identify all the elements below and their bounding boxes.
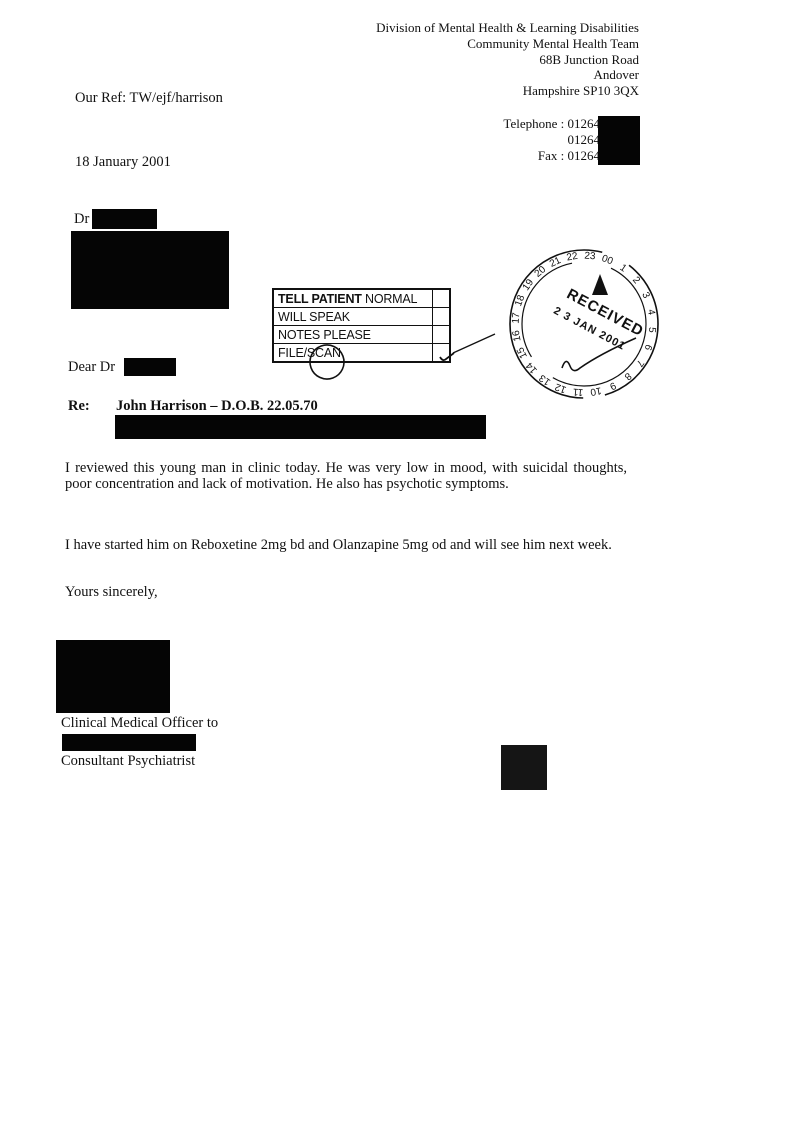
fax-number: 01264 — [568, 148, 601, 163]
dial-number: 14 — [524, 359, 540, 375]
fax-line: Fax : 01264 — [470, 148, 600, 164]
salutation: Dear Dr — [68, 359, 115, 376]
dial-number: 3 — [639, 291, 652, 301]
sender-address: Division of Mental Health & Learning Dis… — [376, 20, 639, 99]
redaction-recipient-address — [71, 231, 229, 309]
action-row: FILE/SCAN — [273, 344, 450, 363]
arrow-up-icon — [592, 274, 608, 295]
action-row: TELL PATIENT NORMAL — [273, 289, 450, 308]
address-line: 68B Junction Road — [376, 52, 639, 68]
action-row: NOTES PLEASE — [273, 326, 450, 344]
recipient-title: Dr — [74, 211, 89, 228]
address-line: Hampshire SP10 3QX — [376, 83, 639, 99]
dial-number: 22 — [566, 251, 579, 264]
connector-line — [453, 334, 495, 353]
initials-scribble — [562, 338, 636, 371]
letter-date: 18 January 2001 — [75, 154, 171, 171]
redaction-patient-details — [115, 415, 486, 439]
dial-number: 16 — [511, 329, 524, 342]
closing: Yours sincerely, — [65, 584, 158, 601]
redaction-phone-numbers — [598, 116, 640, 165]
telephone-1: 01264 — [568, 116, 601, 131]
action-label: NOTES PLEASE — [273, 326, 433, 344]
dial-number: 23 — [584, 250, 596, 262]
signatory-title: Clinical Medical Officer to — [61, 715, 218, 732]
address-line: Andover — [376, 67, 639, 83]
body-paragraph: I have started him on Reboxetine 2mg bd … — [65, 537, 627, 553]
action-label: WILL SPEAK — [273, 308, 433, 326]
action-label: FILE/SCAN — [273, 344, 433, 363]
fax-label: Fax : — [538, 148, 564, 163]
action-checkbox[interactable] — [433, 289, 451, 308]
redaction-signature — [56, 640, 170, 713]
dial-number: 00 — [600, 253, 615, 267]
dial-number: 6 — [641, 343, 653, 352]
signatory-role: Consultant Psychiatrist — [61, 753, 195, 770]
our-reference: Our Ref: TW/ejf/harrison — [75, 90, 223, 107]
action-stamp: TELL PATIENT NORMAL WILL SPEAK NOTES PLE… — [272, 288, 451, 363]
address-line: Community Mental Health Team — [376, 36, 639, 52]
action-label-rest: NORMAL — [362, 292, 418, 306]
telephone-2-line: 01264 — [470, 132, 600, 148]
subject-text: John Harrison – D.O.B. 22.05.70 — [116, 398, 318, 415]
action-checkbox-checked[interactable] — [433, 344, 451, 363]
dial-number: 20 — [533, 264, 549, 280]
action-row: WILL SPEAK — [273, 308, 450, 326]
address-line: Division of Mental Health & Learning Dis… — [376, 20, 639, 36]
action-label: TELL PATIENT NORMAL — [273, 289, 433, 308]
redaction-salutation-name — [124, 358, 176, 376]
dial-number: 10 — [589, 384, 602, 397]
action-checkbox[interactable] — [433, 308, 451, 326]
redaction-recipient-name — [92, 209, 157, 229]
dial-number: 9 — [607, 379, 617, 392]
dial-number: 11 — [572, 386, 584, 398]
contact-block: Telephone : 01264 01264 Fax : 01264 — [470, 116, 600, 164]
action-label-bold: TELL PATIENT — [278, 292, 362, 306]
dial-number: 4 — [645, 309, 657, 317]
dial-number: 19 — [521, 277, 537, 293]
telephone-2: 01264 — [568, 132, 601, 147]
dial-number: 18 — [513, 293, 527, 308]
dial-number: 5 — [646, 327, 657, 334]
subject-label: Re: — [68, 398, 90, 415]
redaction-consultant-name — [62, 734, 196, 751]
dial-number: 17 — [510, 312, 522, 324]
redaction-page-mark — [501, 745, 547, 790]
telephone-line: Telephone : 01264 — [470, 116, 600, 132]
dial-number: 13 — [537, 372, 553, 388]
received-stamp: 192021222300123456789101112131415161718 … — [496, 240, 666, 405]
body-paragraph: I reviewed this young man in clinic toda… — [65, 460, 627, 492]
action-stamp-table: TELL PATIENT NORMAL WILL SPEAK NOTES PLE… — [272, 288, 451, 363]
action-checkbox[interactable] — [433, 326, 451, 344]
telephone-label: Telephone : — [503, 116, 564, 131]
